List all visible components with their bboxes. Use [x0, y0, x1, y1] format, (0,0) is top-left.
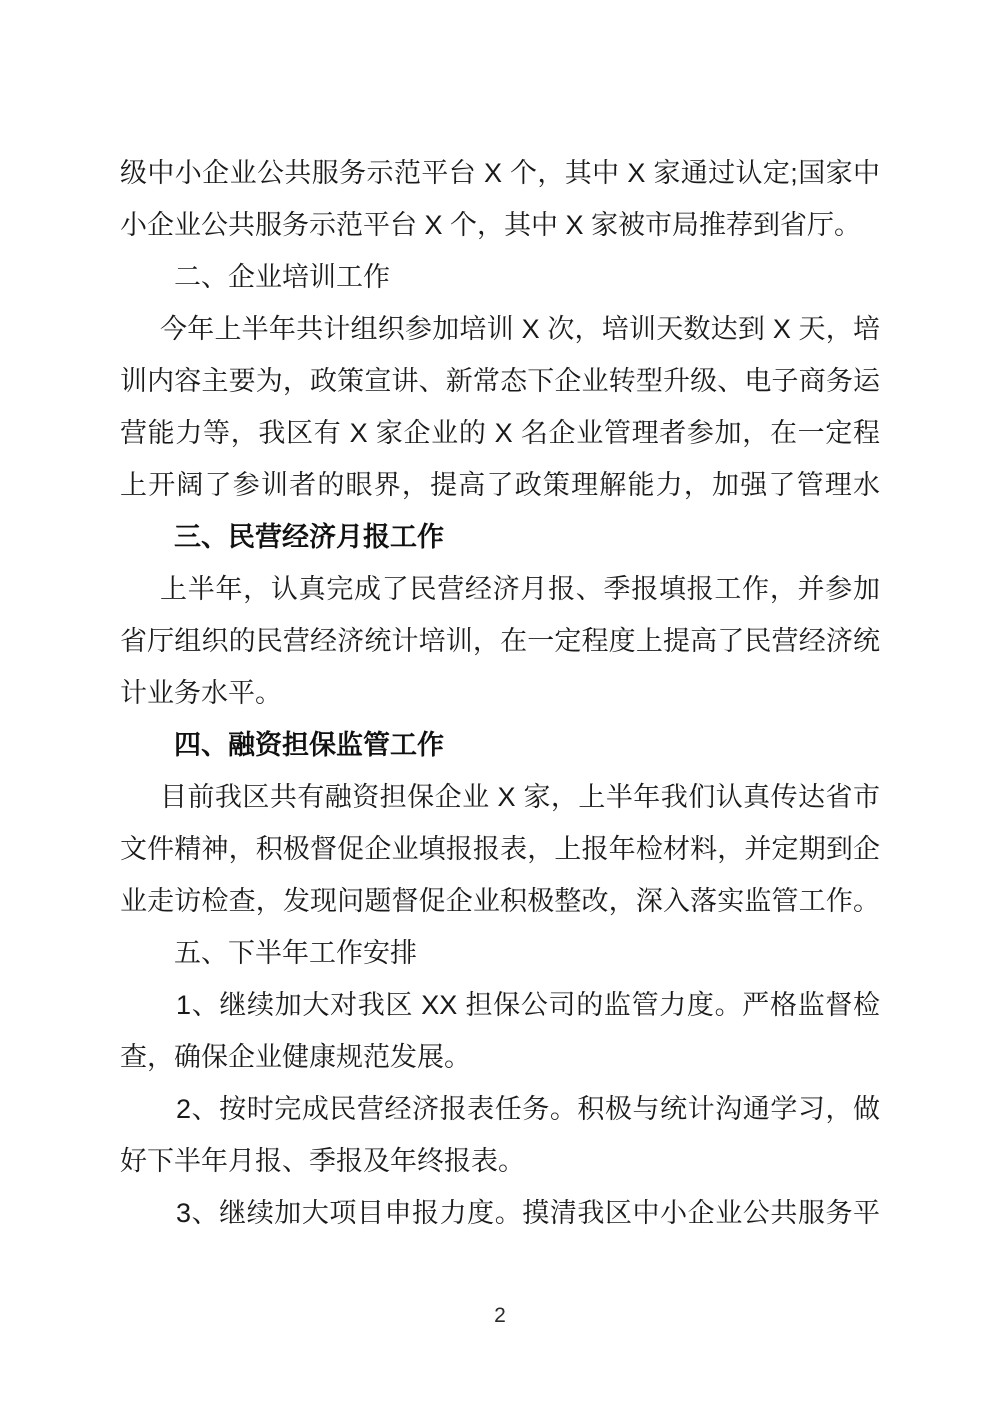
- text-line: 营能力等，我区有 X 家企业的 X 名企业管理者参加，在一定程度: [120, 407, 880, 459]
- text-line: 文件精神，积极督促企业填报报表，上报年检材料，并定期到企: [120, 823, 880, 875]
- text-line: 级中小企业公共服务示范平台 X 个，其中 X 家通过认定;国家中: [120, 147, 880, 199]
- text-line: 好下半年月报、季报及年终报表。: [120, 1135, 880, 1187]
- text-line: 3、继续加大项目申报力度。摸清我区中小企业公共服务平: [120, 1187, 880, 1239]
- text-line: 1、继续加大对我区 XX 担保公司的监管力度。严格监督检: [120, 979, 880, 1031]
- text-line: 目前我区共有融资担保企业 X 家，上半年我们认真传达省市: [120, 771, 880, 823]
- text-line: 上半年，认真完成了民营经济月报、季报填报工作，并参加: [120, 563, 880, 615]
- text-line: 训内容主要为，政策宣讲、新常态下企业转型升级、电子商务运: [120, 355, 880, 407]
- page-number: 2: [0, 1301, 1000, 1331]
- text-line: 2、按时完成民营经济报表任务。积极与统计沟通学习，做: [120, 1083, 880, 1135]
- text-line: 省厅组织的民营经济统计培训，在一定程度上提高了民营经济统: [120, 615, 880, 667]
- text-line: 业走访检查，发现问题督促企业积极整改，深入落实监管工作。: [120, 875, 880, 927]
- document-content: 级中小企业公共服务示范平台 X 个，其中 X 家通过认定;国家中 小企业公共服务…: [120, 147, 880, 1239]
- section-heading-3: 三、民营经济月报工作: [120, 511, 880, 563]
- section-heading-5: 五、下半年工作安排: [120, 927, 880, 979]
- section-heading-4: 四、融资担保监管工作: [120, 719, 880, 771]
- text-line: 小企业公共服务示范平台 X 个，其中 X 家被市局推荐到省厅。: [120, 199, 880, 251]
- text-line: 查，确保企业健康规范发展。: [120, 1031, 880, 1083]
- text-line: 计业务水平。: [120, 667, 880, 719]
- text-line: 今年上半年共计组织参加培训 X 次，培训天数达到 X 天，培: [120, 303, 880, 355]
- text-line: 上开阔了参训者的眼界，提高了政策理解能力，加强了管理水平。: [120, 459, 880, 511]
- section-heading-2: 二、企业培训工作: [120, 251, 880, 303]
- document-page: 级中小企业公共服务示范平台 X 个，其中 X 家通过认定;国家中 小企业公共服务…: [0, 0, 1000, 1415]
